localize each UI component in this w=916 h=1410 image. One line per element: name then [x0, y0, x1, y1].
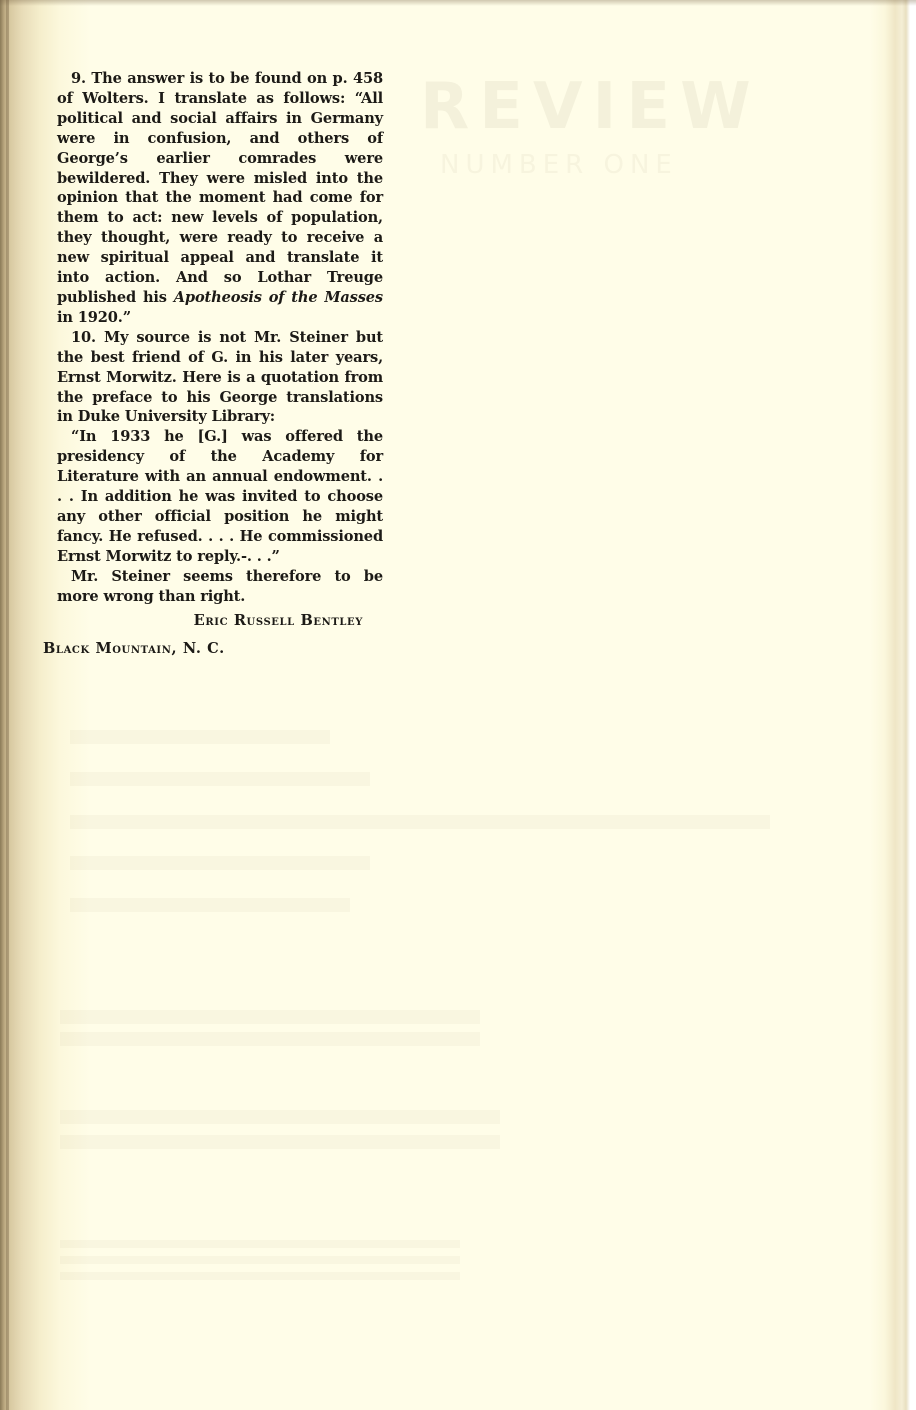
bleed-through-line [70, 730, 330, 744]
bleed-through-subtitle: NUMBER ONE [440, 150, 678, 180]
bleed-through-line [70, 856, 370, 870]
note-10-text: 10. My source is not Mr. Steiner but the… [57, 329, 383, 426]
note-9-text: 9. The answer is to be found on p. 458 o… [57, 70, 383, 306]
paragraph-quotation: “In 1933 he [G.] was offered the preside… [57, 427, 383, 566]
bleed-through-line [70, 898, 350, 912]
paragraph-conclusion: Mr. Steiner seems therefore to be more w… [57, 567, 383, 607]
bleed-through-line [60, 1032, 480, 1046]
bleed-through-line [60, 1272, 460, 1280]
paragraph-note-10: 10. My source is not Mr. Steiner but the… [57, 328, 383, 428]
page-gutter-edge [6, 0, 9, 1410]
scanned-page: REVIEW NUMBER ONE 9. The answer is to be… [0, 0, 916, 1410]
bleed-through-line [60, 1135, 500, 1149]
note-9-ending: in 1920.” [57, 309, 131, 326]
bleed-through-line [60, 1010, 480, 1024]
bleed-through-title: REVIEW [420, 70, 761, 144]
page-top-shadow [0, 0, 916, 6]
bleed-through-line [70, 815, 770, 829]
quotation-text: “In 1933 he [G.] was offered the preside… [57, 428, 383, 564]
bleed-through-line [60, 1240, 460, 1248]
letter-body: 9. The answer is to be found on p. 458 o… [57, 69, 383, 660]
author-location: Black Mountain, N. C. [43, 638, 383, 660]
paragraph-note-9: 9. The answer is to be found on p. 458 o… [57, 69, 383, 328]
bleed-through-line [60, 1110, 500, 1124]
bleed-through-line [60, 1256, 460, 1264]
conclusion-text: Mr. Steiner seems therefore to be more w… [57, 568, 383, 605]
book-title: Apotheosis of the Masses [174, 289, 383, 306]
bleed-through-line [70, 772, 370, 786]
author-signature: Eric Russell Bentley [57, 610, 383, 632]
